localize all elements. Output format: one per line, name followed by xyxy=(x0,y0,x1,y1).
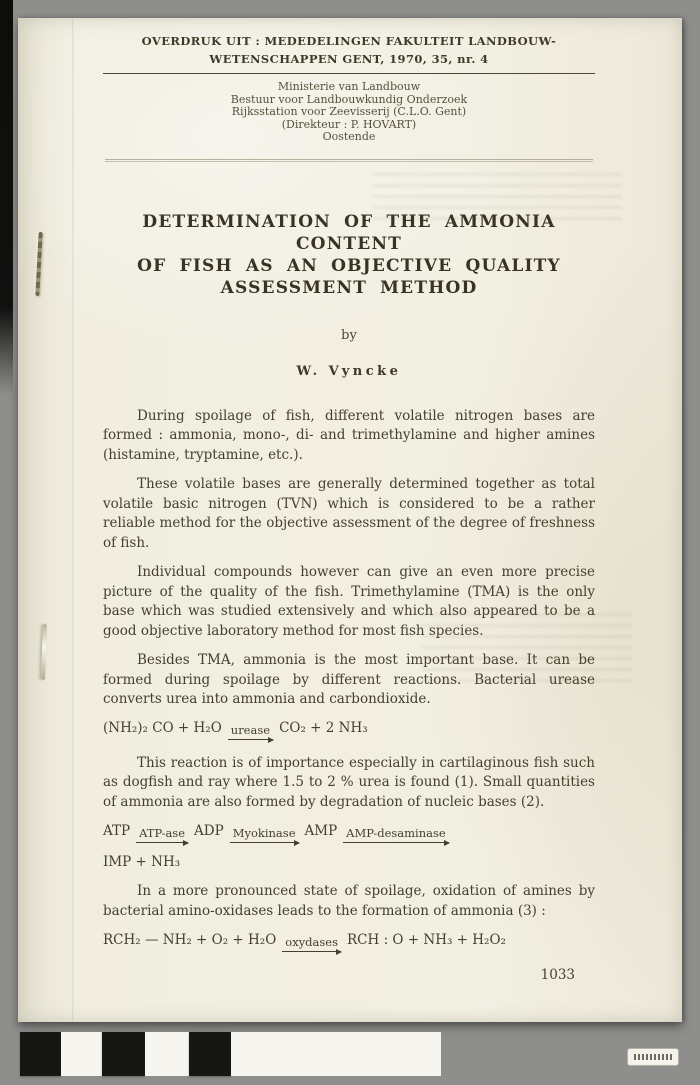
body-paragraph: This reaction is of importance especiall… xyxy=(103,754,595,813)
body-paragraph: During spoilage of fish, different volat… xyxy=(103,407,595,466)
chemical-equation-atp: ATPATP-aseADPMyokinaseAMPAMP-desaminase xyxy=(103,822,595,847)
calibration-square-white xyxy=(145,1032,189,1076)
arrow-shaft-icon xyxy=(282,951,341,956)
body-paragraph: Individual compounds however can give an… xyxy=(103,563,595,641)
arrow-shaft-icon xyxy=(343,842,449,847)
equation-lhs: (NH₂)₂ CO + H₂O xyxy=(103,720,222,736)
arrow-shaft-icon xyxy=(136,842,188,847)
arrow-label: urease xyxy=(228,724,273,739)
reaction-arrow: oxydases xyxy=(282,936,341,956)
header-line-2: WETENSCHAPPEN GENT, 1970, 35, nr. 4 xyxy=(103,50,595,68)
reprint-header: OVERDRUK UIT : MEDEDELINGEN FAKULTEIT LA… xyxy=(103,32,595,68)
reaction-arrow: ATP-ase xyxy=(136,827,188,847)
equation-rhs: CO₂ + 2 NH₃ xyxy=(279,720,368,736)
arrow-label: Myokinase xyxy=(230,827,299,842)
byline-by: by xyxy=(103,328,595,343)
header-line-1: OVERDRUK UIT : MEDEDELINGEN FAKULTEIT LA… xyxy=(103,32,595,50)
equation-term: AMP xyxy=(305,823,338,839)
sticker-illegible-text xyxy=(634,1054,672,1060)
chemical-equation-oxidation: RCH₂ — NH₂ + O₂ + H₂OoxydasesRCH : O + N… xyxy=(103,931,595,956)
arrow-shaft-icon xyxy=(230,842,299,847)
separator-rule xyxy=(105,159,593,162)
reaction-arrow: AMP-desaminase xyxy=(343,827,449,847)
author-name: W. Vyncke xyxy=(103,364,595,379)
equation-lhs: RCH₂ — NH₂ + O₂ + H₂O xyxy=(103,932,276,948)
title-line: OF FISH AS AN OBJECTIVE QUALITY xyxy=(103,255,595,277)
calibration-square-black xyxy=(189,1032,231,1076)
equation-rhs: RCH : O + NH₃ + H₂O₂ xyxy=(347,932,506,948)
paper-page: OVERDRUK UIT : MEDEDELINGEN FAKULTEIT LA… xyxy=(18,18,682,1022)
calibration-square-white xyxy=(61,1032,102,1076)
article-body: During spoilage of fish, different volat… xyxy=(103,407,595,985)
title-line: DETERMINATION OF THE AMMONIA CONTENT xyxy=(103,211,595,255)
reaction-arrow: Myokinase xyxy=(230,827,299,847)
reference-sticker-icon xyxy=(627,1048,679,1066)
chemical-equation-urea: (NH₂)₂ CO + H₂OureaseCO₂ + 2 NH₃ xyxy=(103,719,595,744)
body-paragraph: In a more pronounced state of spoilage, … xyxy=(103,882,595,921)
calibration-strip xyxy=(20,1032,441,1076)
affiliation-block: Ministerie van Landbouw Bestuur voor Lan… xyxy=(103,81,595,144)
affiliation-line: Oostende xyxy=(103,131,595,144)
title-line: ASSESSMENT METHOD xyxy=(103,277,595,299)
arrow-label: ATP-ase xyxy=(136,827,188,842)
calibration-square-black xyxy=(20,1032,61,1076)
body-paragraph: Besides TMA, ammonia is the most importa… xyxy=(103,651,595,710)
arrow-label: oxydases xyxy=(282,936,341,951)
equation-term: ADP xyxy=(194,823,224,839)
header-rule xyxy=(103,73,595,74)
arrow-shaft-icon xyxy=(228,739,273,744)
page-content: OVERDRUK UIT : MEDEDELINGEN FAKULTEIT LA… xyxy=(18,18,682,985)
scan-edge-strip xyxy=(0,0,13,395)
reaction-arrow: urease xyxy=(228,724,273,744)
chemical-equation-atp-line2: IMP + NH₃ xyxy=(103,853,595,873)
affiliation-line: Rijksstation voor Zeevisserij (C.L.O. Ge… xyxy=(103,106,595,119)
calibration-square-black xyxy=(102,1032,145,1076)
page-number: 1033 xyxy=(103,966,575,986)
body-paragraph: These volatile bases are generally deter… xyxy=(103,475,595,553)
affiliation-line: Ministerie van Landbouw xyxy=(103,81,595,94)
scan-background: { "header": { "line1": "OVERDRUK UIT : M… xyxy=(0,0,700,1085)
arrow-label: AMP-desaminase xyxy=(343,827,449,842)
article-title: DETERMINATION OF THE AMMONIA CONTENT OF … xyxy=(103,211,595,299)
equation-term: ATP xyxy=(103,823,130,839)
calibration-bar-white xyxy=(231,1032,441,1076)
